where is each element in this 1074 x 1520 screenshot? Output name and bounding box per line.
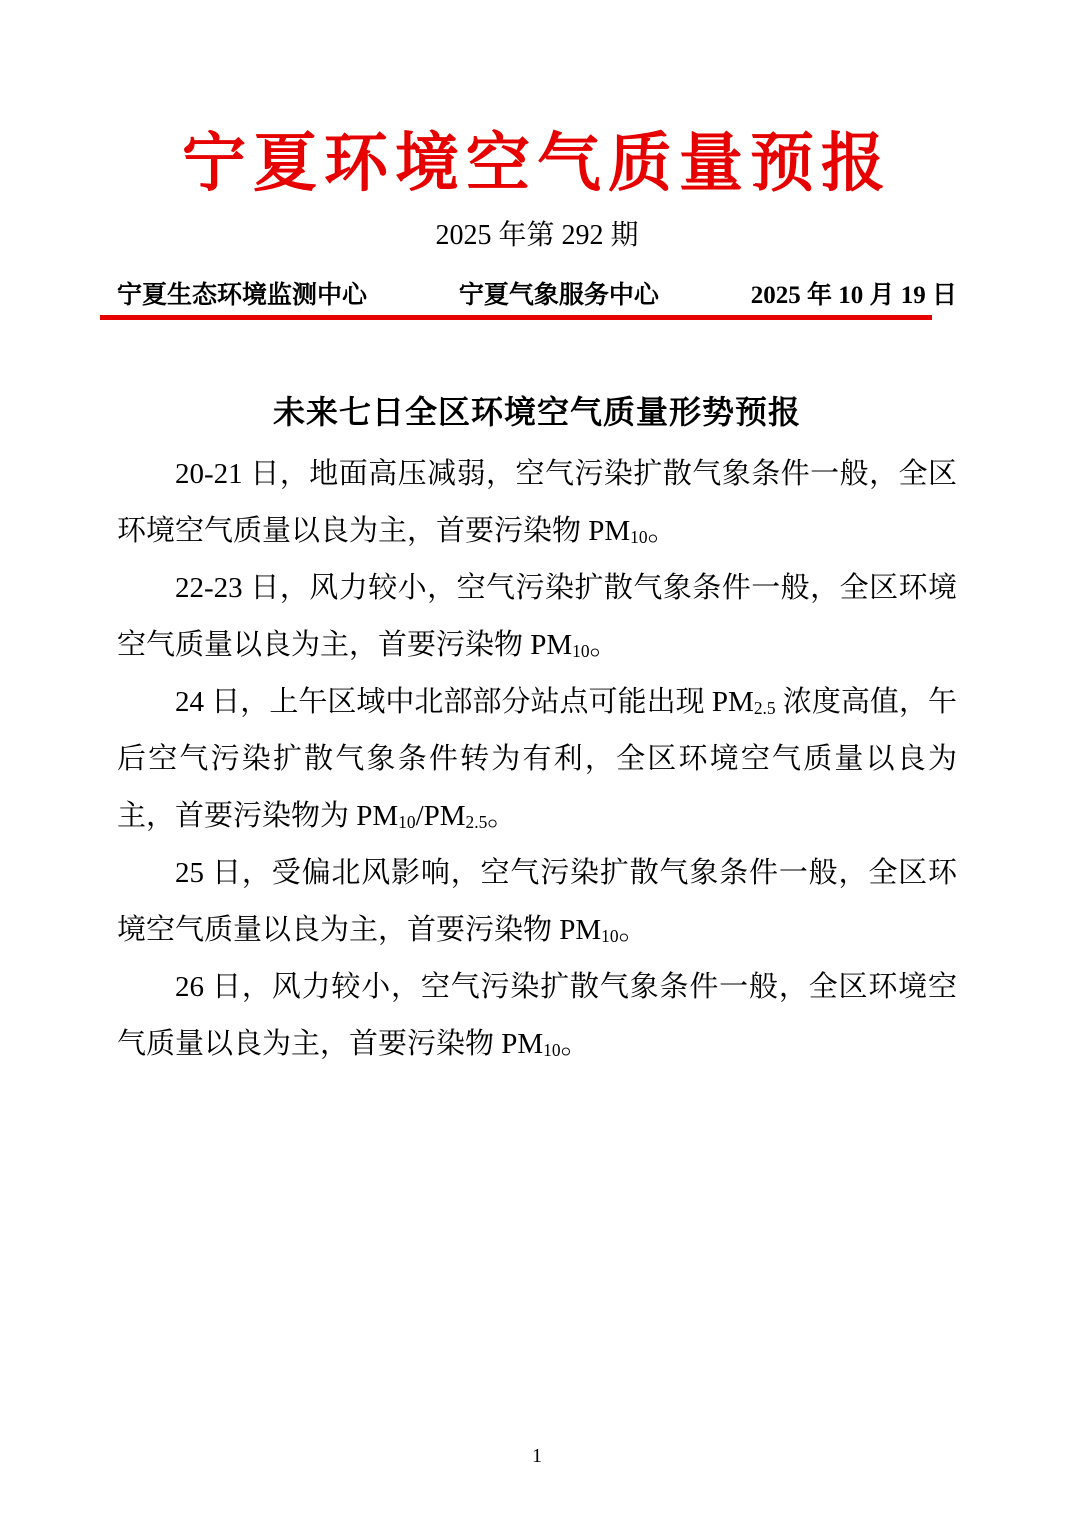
forecast-paragraph: 20-21 日，地面高压减弱，空气污染扩散气象条件一般，全区环境空气质量以良为主… [117,446,957,560]
issue-number: 2025 年第 292 期 [0,218,1074,254]
forecast-paragraph: 26 日，风力较小，空气污染扩散气象条件一般，全区环境空气质量以良为主，首要污染… [117,959,957,1073]
document-page: 宁夏环境空气质量预报 2025 年第 292 期 宁夏生态环境监测中心 宁夏气象… [0,0,1074,1520]
pollutant-subscript: 10 [601,926,618,946]
document-header: 宁夏环境空气质量预报 2025 年第 292 期 宁夏生态环境监测中心 宁夏气象… [0,0,1074,320]
section-title: 未来七日全区环境空气质量形势预报 [0,392,1074,432]
page-number: 1 [0,1444,1074,1468]
document-body: 未来七日全区环境空气质量形势预报 20-21 日，地面高压减弱，空气污染扩散气象… [0,392,1074,1073]
org-weather-service-center: 宁夏气象服务中心 [459,280,659,312]
forecast-paragraph: 24 日，上午区域中北部部分站点可能出现 PM2.5 浓度高值，午后空气污染扩散… [117,674,957,845]
pollutant-subscript: 10 [543,1040,560,1060]
pollutant-subscript: 10 [572,641,589,661]
forecast-paragraph: 22-23 日，风力较小，空气污染扩散气象条件一般，全区环境空气质量以良为主，首… [117,560,957,674]
header-date: 2025 年 10 月 19 日 [751,280,957,312]
org-monitoring-center: 宁夏生态环境监测中心 [117,280,367,312]
pollutant-subscript: 2.5 [754,698,776,718]
forecast-paragraphs: 20-21 日，地面高压减弱，空气污染扩散气象条件一般，全区环境空气质量以良为主… [117,446,957,1073]
org-row: 宁夏生态环境监测中心 宁夏气象服务中心 2025 年 10 月 19 日 [117,280,957,312]
document-title: 宁夏环境空气质量预报 [0,0,1074,206]
pollutant-subscript: 10 [398,812,415,832]
forecast-paragraph: 25 日，受偏北风影响，空气污染扩散气象条件一般，全区环境空气质量以良为主，首要… [117,845,957,959]
pollutant-subscript: 2.5 [466,812,488,832]
pollutant-subscript: 10 [630,527,647,547]
red-divider-rule [100,315,932,320]
